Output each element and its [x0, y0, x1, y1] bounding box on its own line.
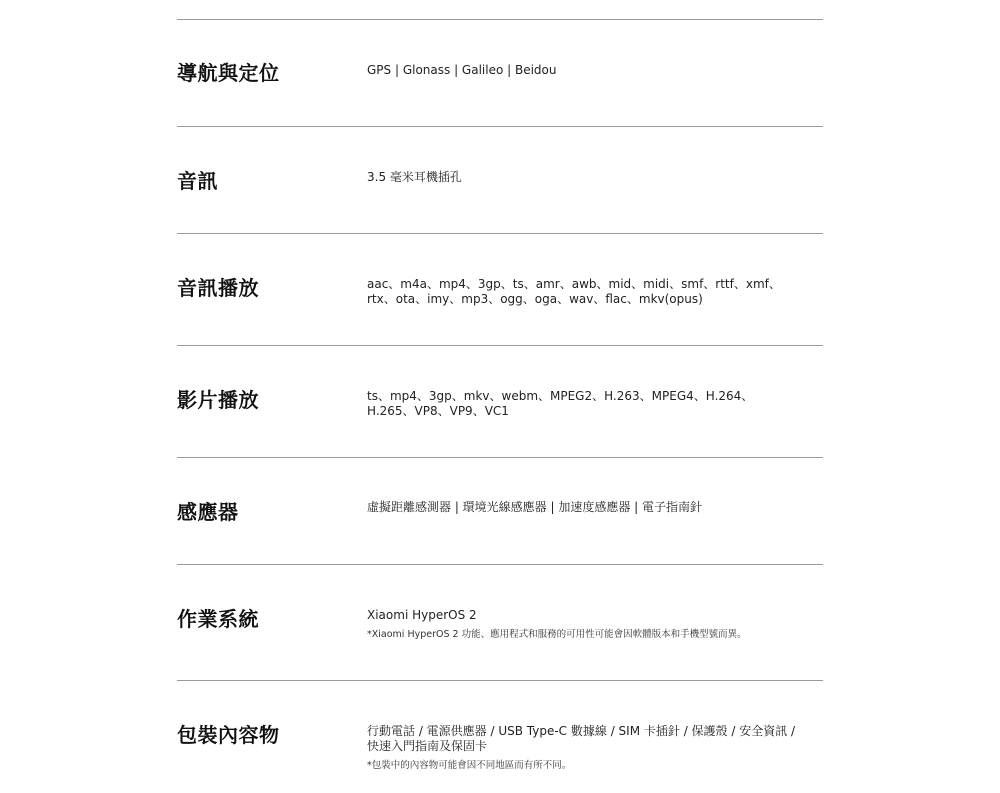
spec-value-text: ts、mp4、3gp、mkv、webm、MPEG2、H.263、MPEG4、H.… — [367, 389, 797, 419]
spec-title: 音訊播放 — [177, 276, 259, 300]
spec-value: GPS | Glonass | Galileo | Beidou — [367, 63, 797, 78]
spec-row-audio: 音訊 3.5 毫米耳機插孔 — [177, 126, 823, 234]
spec-footnote: *Xiaomi HyperOS 2 功能、應用程式和服務的可用性可能會因軟體版本… — [367, 628, 797, 641]
spec-value-text: 虛擬距離感測器 | 環境光線感應器 | 加速度感應器 | 電子指南針 — [367, 500, 797, 515]
spec-title: 包裝內容物 — [177, 723, 280, 747]
spec-row-sensors: 感應器 虛擬距離感測器 | 環境光線感應器 | 加速度感應器 | 電子指南針 — [177, 457, 823, 565]
spec-value: aac、m4a、mp4、3gp、ts、amr、awb、mid、midi、smf、… — [367, 277, 797, 307]
spec-value: 虛擬距離感測器 | 環境光線感應器 | 加速度感應器 | 電子指南針 — [367, 500, 797, 515]
spec-value: ts、mp4、3gp、mkv、webm、MPEG2、H.263、MPEG4、H.… — [367, 389, 797, 419]
spec-title: 影片播放 — [177, 388, 259, 412]
spec-title: 導航與定位 — [177, 61, 280, 85]
spec-title: 作業系統 — [177, 607, 259, 631]
spec-value-text: GPS | Glonass | Galileo | Beidou — [367, 63, 797, 78]
spec-value-text: aac、m4a、mp4、3gp、ts、amr、awb、mid、midi、smf、… — [367, 277, 797, 307]
spec-row-video-playback: 影片播放 ts、mp4、3gp、mkv、webm、MPEG2、H.263、MPE… — [177, 345, 823, 458]
spec-value-text: Xiaomi HyperOS 2 — [367, 608, 797, 623]
spec-row-box-contents: 包裝內容物 行動電話 / 電源供應器 / USB Type-C 數據線 / SI… — [177, 680, 823, 793]
spec-value: 行動電話 / 電源供應器 / USB Type-C 數據線 / SIM 卡插針 … — [367, 724, 797, 772]
spec-row-operating-system: 作業系統 Xiaomi HyperOS 2 *Xiaomi HyperOS 2 … — [177, 564, 823, 681]
spec-row-audio-playback: 音訊播放 aac、m4a、mp4、3gp、ts、amr、awb、mid、midi… — [177, 233, 823, 346]
spec-footnote: *包裝中的內容物可能會因不同地區而有所不同。 — [367, 759, 797, 772]
spec-value-text: 行動電話 / 電源供應器 / USB Type-C 數據線 / SIM 卡插針 … — [367, 724, 797, 754]
spec-value: 3.5 毫米耳機插孔 — [367, 170, 797, 185]
spec-value-text: 3.5 毫米耳機插孔 — [367, 170, 797, 185]
spec-title: 感應器 — [177, 500, 239, 524]
spec-title: 音訊 — [177, 169, 218, 193]
spec-value: Xiaomi HyperOS 2 *Xiaomi HyperOS 2 功能、應用… — [367, 608, 797, 641]
spec-row-navigation: 導航與定位 GPS | Glonass | Galileo | Beidou — [177, 19, 823, 127]
